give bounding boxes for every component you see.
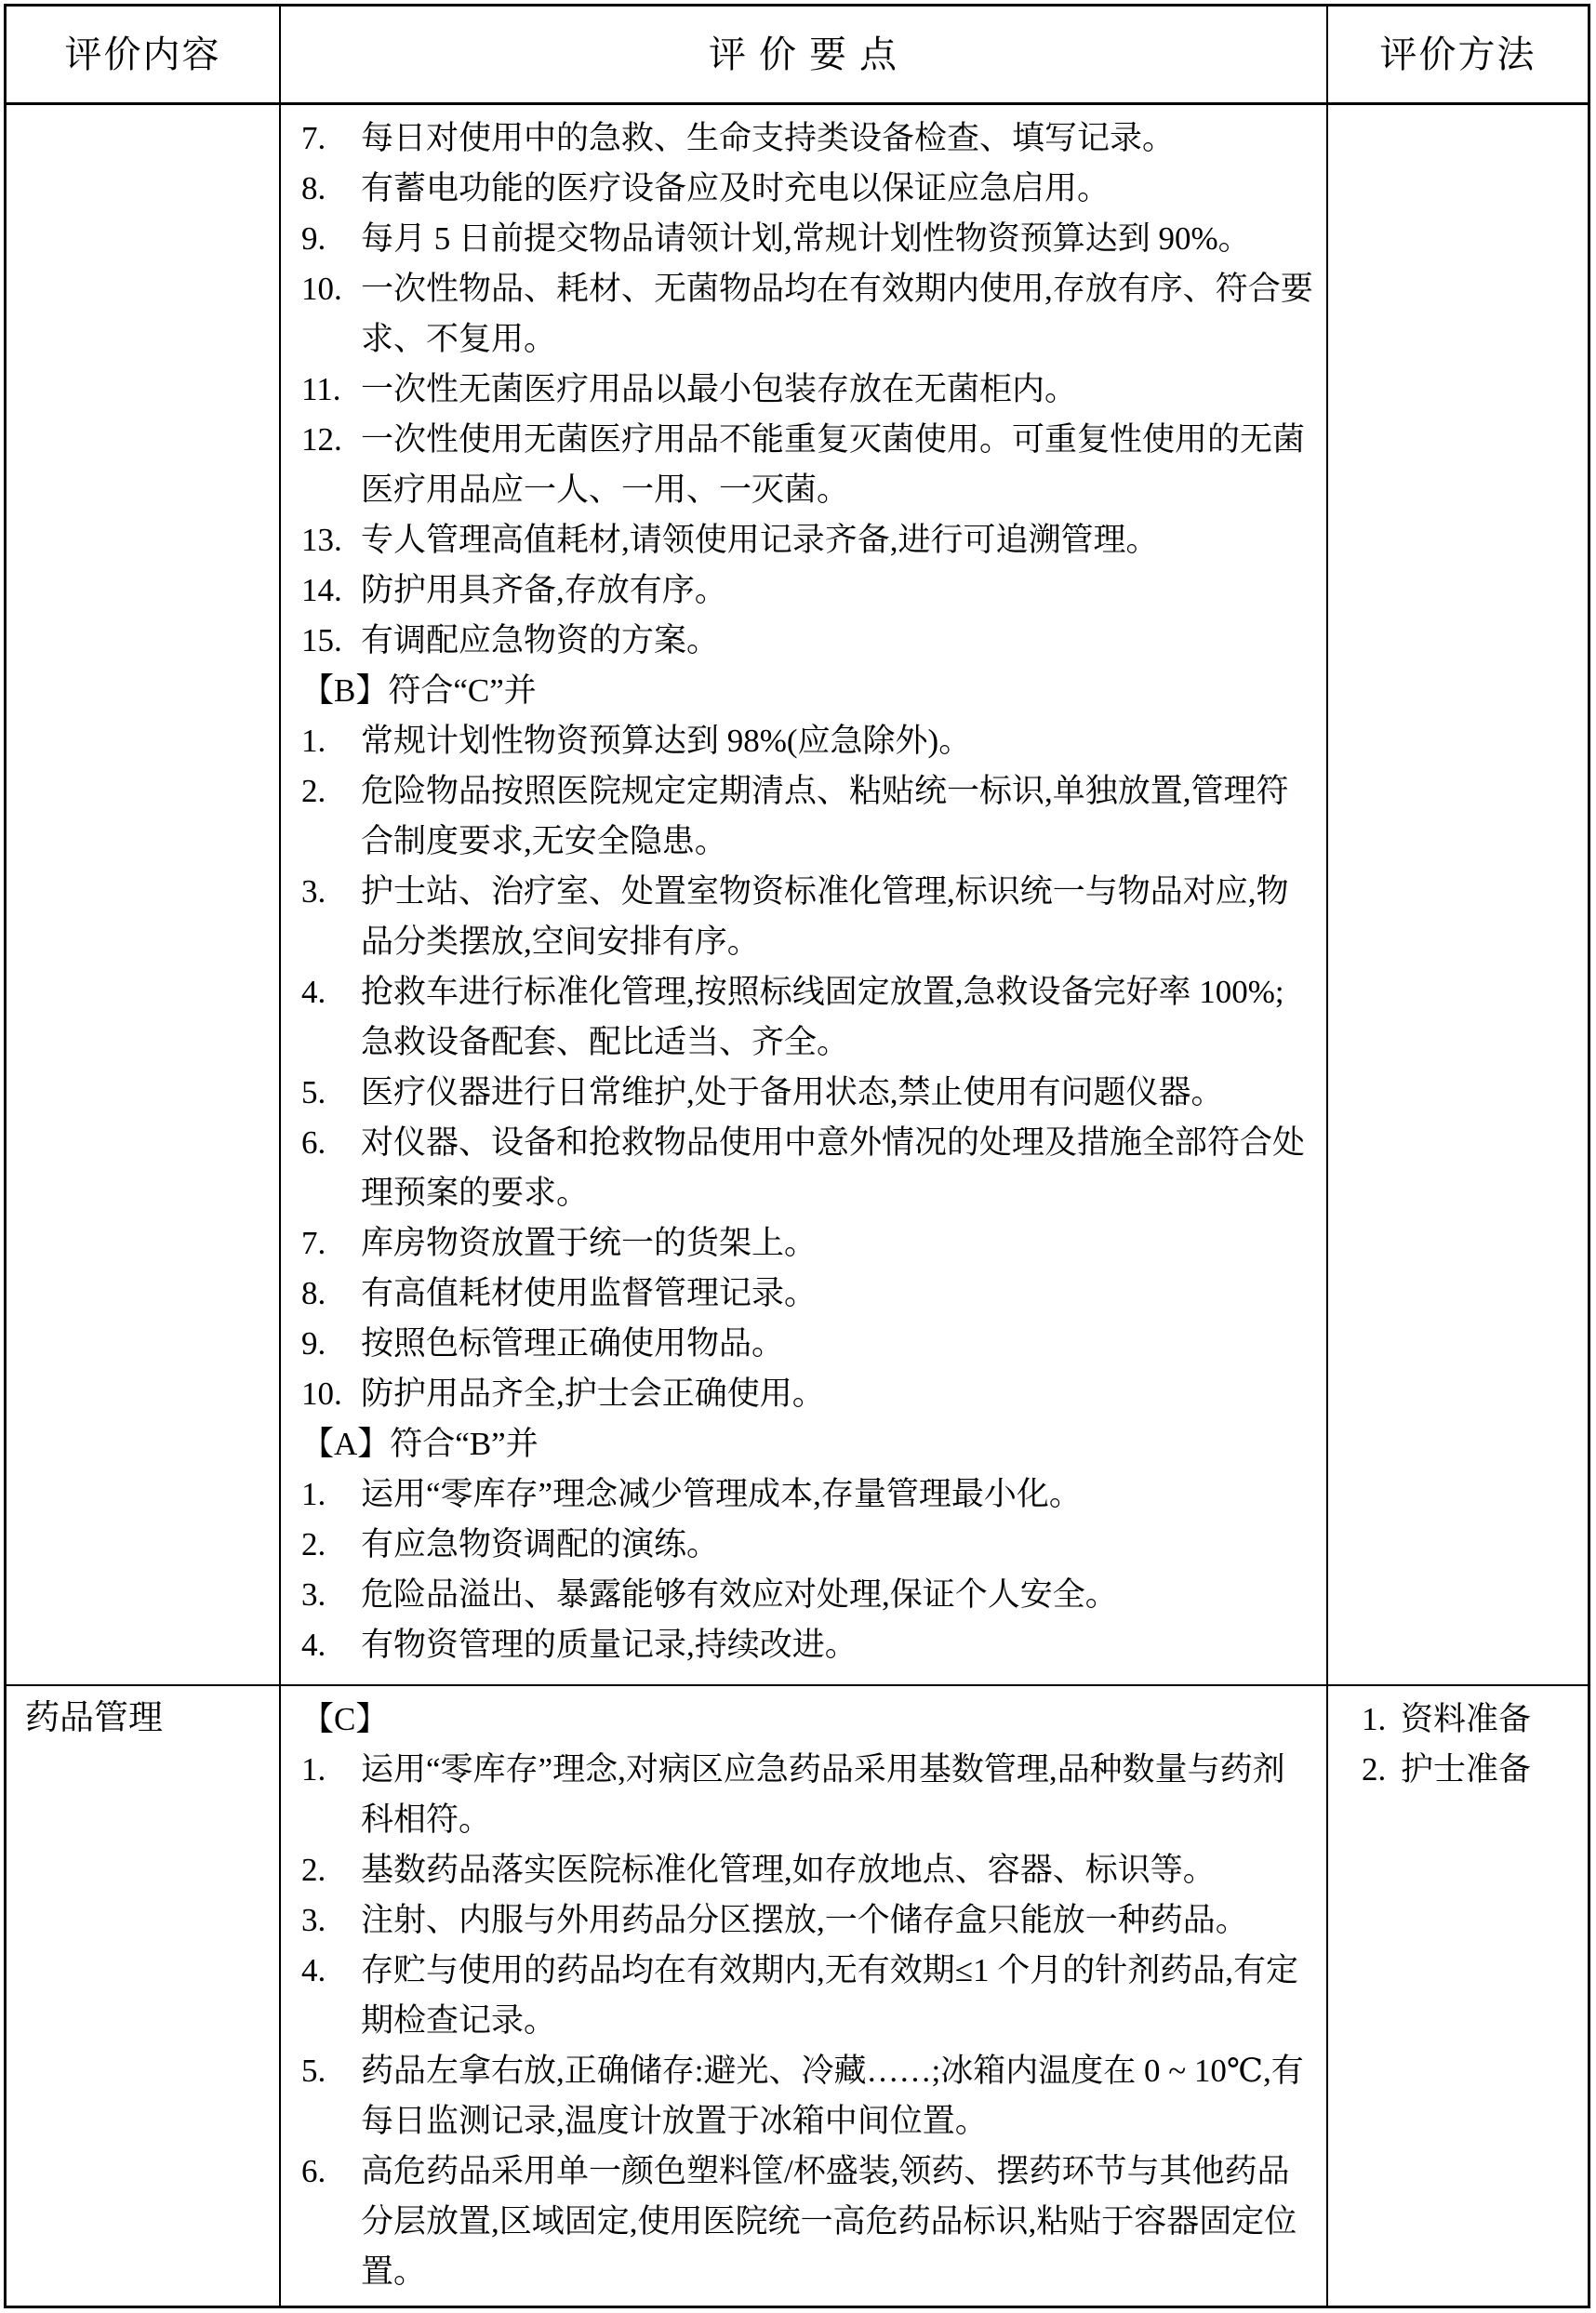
list-item: 【A】符合“B”并 [301, 1419, 1315, 1469]
list-item: 4.有物资管理的质量记录,持续改进。 [301, 1620, 1315, 1670]
item-marker: 3. [301, 867, 361, 917]
item-marker: 1. [301, 716, 361, 766]
row1-points-cell: 7.每日对使用中的急救、生命支持类设备检查、填写记录。8.有蓄电功能的医疗设备应… [281, 105, 1328, 1686]
item-text: 运用“零库存”理念减少管理成本,存量管理最小化。 [361, 1476, 1082, 1512]
item-marker: 6. [301, 1118, 361, 1168]
item-text: 一次性物品、耗材、无菌物品均在有效期内使用,存放有序、符合要求、不复用。 [361, 271, 1313, 357]
item-marker: 【A】 [301, 1419, 390, 1469]
list-item: 12.一次性使用无菌医疗用品不能重复灭菌使用。可重复性使用的无菌医疗用品应一人、… [301, 415, 1315, 515]
item-marker: 3. [301, 1570, 361, 1620]
item-text: 每日对使用中的急救、生命支持类设备检查、填写记录。 [361, 120, 1175, 156]
item-marker: 12. [301, 415, 361, 465]
list-item: 13.专人管理高值耗材,请领使用记录齐备,进行可追溯管理。 [301, 515, 1315, 565]
item-text: 专人管理高值耗材,请领使用记录齐备,进行可追溯管理。 [361, 522, 1159, 558]
list-item: 1.运用“零库存”理念减少管理成本,存量管理最小化。 [301, 1469, 1315, 1520]
list-item: 2.护士准备 [1362, 1745, 1582, 1795]
list-item: 6.高危药品采用单一颜色塑料筐/杯盛装,领药、摆药环节与其他药品分层放置,区域固… [301, 2147, 1315, 2297]
list-item: 【C】 [301, 1695, 1315, 1745]
item-marker: 8. [301, 1269, 361, 1319]
item-marker: 1. [301, 1745, 361, 1795]
item-marker: 11. [301, 365, 361, 415]
list-item: 11.一次性无菌医疗用品以最小包装存放在无菌柜内。 [301, 365, 1315, 415]
header-eval-method: 评价方法 [1328, 7, 1588, 105]
document-page: 评价内容 评 价 要 点 评价方法 7.每日对使用中的急救、生命支持类设备检查、… [0, 0, 1596, 2313]
item-text: 有应急物资调配的演练。 [361, 1526, 719, 1562]
item-text: 医疗仪器进行日常维护,处于备用状态,禁止使用有问题仪器。 [361, 1074, 1224, 1110]
item-marker: 2. [301, 1520, 361, 1570]
item-text: 有调配应急物资的方案。 [361, 622, 719, 658]
item-text: 防护用具齐备,存放有序。 [361, 572, 727, 608]
item-marker: 10. [301, 264, 361, 314]
row1-content-cell [7, 105, 281, 1686]
item-marker: 4. [301, 1946, 361, 1996]
item-marker: 【B】 [301, 666, 388, 716]
item-marker: 8. [301, 164, 361, 214]
list-item: 2.有应急物资调配的演练。 [301, 1520, 1315, 1570]
item-text: 有高值耗材使用监督管理记录。 [361, 1275, 817, 1311]
list-item: 3.注射、内服与外用药品分区摆放,一个储存盒只能放一种药品。 [301, 1895, 1315, 1946]
item-text: 高危药品采用单一颜色塑料筐/杯盛装,领药、摆药环节与其他药品分层放置,区域固定,… [361, 2153, 1297, 2290]
evaluation-table: 评价内容 评 价 要 点 评价方法 7.每日对使用中的急救、生命支持类设备检查、… [4, 4, 1590, 2308]
item-text: 符合“B”并 [390, 1426, 538, 1462]
item-text: 符合“C”并 [388, 672, 536, 709]
list-item: 9.按照色标管理正确使用物品。 [301, 1319, 1315, 1369]
item-marker: 2. [1362, 1745, 1401, 1795]
item-text: 库房物资放置于统一的货架上。 [361, 1225, 817, 1261]
list-item: 10.防护用品齐全,护士会正确使用。 [301, 1369, 1315, 1419]
item-text: 存贮与使用的药品均在有效期内,无有效期≤1 个月的针剂药品,有定期检查记录。 [361, 1952, 1298, 2039]
item-marker: 14. [301, 565, 361, 616]
list-item: 1.运用“零库存”理念,对病区应急药品采用基数管理,品种数量与药剂科相符。 [301, 1745, 1315, 1845]
list-item: 4.抢救车进行标准化管理,按照标线固定放置,急救设备完好率 100%;急救设备配… [301, 967, 1315, 1068]
item-text: 常规计划性物资预算达到 98%(应急除外)。 [361, 723, 971, 759]
item-marker: 6. [301, 2147, 361, 2197]
list-item: 3.危险品溢出、暴露能够有效应对处理,保证个人安全。 [301, 1570, 1315, 1620]
item-text: 按照色标管理正确使用物品。 [361, 1325, 784, 1362]
list-item: 1.资料准备 [1362, 1695, 1582, 1745]
list-item: 5.医疗仪器进行日常维护,处于备用状态,禁止使用有问题仪器。 [301, 1068, 1315, 1118]
item-marker: 9. [301, 1319, 361, 1369]
item-text: 一次性使用无菌医疗用品不能重复灭菌使用。可重复性使用的无菌医疗用品应一人、一用、… [361, 421, 1305, 508]
item-marker: 【C】 [301, 1695, 388, 1745]
list-item: 2.基数药品落实医院标准化管理,如存放地点、容器、标识等。 [301, 1845, 1315, 1895]
item-marker: 13. [301, 515, 361, 565]
list-item: 7.库房物资放置于统一的货架上。 [301, 1218, 1315, 1269]
list-item: 2.危险物品按照医院规定定期清点、粘贴统一标识,单独放置,管理符合制度要求,无安… [301, 766, 1315, 867]
item-text: 注射、内服与外用药品分区摆放,一个储存盒只能放一种药品。 [361, 1902, 1248, 1938]
list-item: 9.每月 5 日前提交物品请领计划,常规计划性物资预算达到 90%。 [301, 214, 1315, 264]
item-marker: 7. [301, 1218, 361, 1269]
row1-methods-cell [1328, 105, 1588, 1686]
item-marker: 2. [301, 766, 361, 817]
item-text: 护士准备 [1401, 1751, 1531, 1788]
item-marker: 10. [301, 1369, 361, 1419]
list-item: 8.有蓄电功能的医疗设备应及时充电以保证应急启用。 [301, 164, 1315, 214]
item-text: 防护用品齐全,护士会正确使用。 [361, 1376, 825, 1412]
list-item: 10.一次性物品、耗材、无菌物品均在有效期内使用,存放有序、符合要求、不复用。 [301, 264, 1315, 365]
list-item: 3.护士站、治疗室、处置室物资标准化管理,标识统一与物品对应,物品分类摆放,空间… [301, 867, 1315, 967]
row2-points-cell: 【C】1.运用“零库存”理念,对病区应急药品采用基数管理,品种数量与药剂科相符。… [281, 1686, 1328, 2306]
item-marker: 5. [301, 2046, 361, 2096]
item-marker: 3. [301, 1895, 361, 1946]
item-marker: 1. [1362, 1695, 1401, 1745]
item-marker: 5. [301, 1068, 361, 1118]
item-marker: 15. [301, 616, 361, 666]
item-text: 资料准备 [1401, 1701, 1531, 1737]
item-text: 危险品溢出、暴露能够有效应对处理,保证个人安全。 [361, 1576, 1118, 1613]
list-item: 7.每日对使用中的急救、生命支持类设备检查、填写记录。 [301, 113, 1315, 164]
list-item: 1.常规计划性物资预算达到 98%(应急除外)。 [301, 716, 1315, 766]
item-marker: 7. [301, 113, 361, 164]
item-text: 有物资管理的质量记录,持续改进。 [361, 1627, 858, 1663]
row2-methods-cell: 1.资料准备2.护士准备 [1328, 1686, 1588, 2306]
item-text: 每月 5 日前提交物品请领计划,常规计划性物资预算达到 90%。 [361, 220, 1251, 257]
item-text: 药品左拿右放,正确储存:避光、冷藏……;冰箱内温度在 0 ~ 10℃,有每日监测… [361, 2053, 1304, 2139]
item-text: 护士站、治疗室、处置室物资标准化管理,标识统一与物品对应,物品分类摆放,空间安排… [361, 873, 1289, 960]
list-item: 15.有调配应急物资的方案。 [301, 616, 1315, 666]
list-item: 8.有高值耗材使用监督管理记录。 [301, 1269, 1315, 1319]
list-item: 【B】符合“C”并 [301, 666, 1315, 716]
list-item: 6.对仪器、设备和抢救物品使用中意外情况的处理及措施全部符合处理预案的要求。 [301, 1118, 1315, 1218]
list-item: 14.防护用具齐备,存放有序。 [301, 565, 1315, 616]
item-text: 抢救车进行标准化管理,按照标线固定放置,急救设备完好率 100%;急救设备配套、… [361, 974, 1284, 1060]
row2-content-label: 药品管理 [25, 1699, 163, 1737]
list-item: 5.药品左拿右放,正确储存:避光、冷藏……;冰箱内温度在 0 ~ 10℃,有每日… [301, 2046, 1315, 2147]
header-eval-points: 评 价 要 点 [281, 7, 1328, 105]
item-marker: 4. [301, 967, 361, 1017]
item-text: 有蓄电功能的医疗设备应及时充电以保证应急启用。 [361, 170, 1110, 206]
item-text: 基数药品落实医院标准化管理,如存放地点、容器、标识等。 [361, 1852, 1216, 1888]
item-text: 对仪器、设备和抢救物品使用中意外情况的处理及措施全部符合处理预案的要求。 [361, 1124, 1305, 1211]
item-text: 危险物品按照医院规定定期清点、粘贴统一标识,单独放置,管理符合制度要求,无安全隐… [361, 773, 1289, 859]
item-marker: 9. [301, 214, 361, 264]
item-text: 一次性无菌医疗用品以最小包装存放在无菌柜内。 [361, 371, 1077, 407]
header-eval-content: 评价内容 [7, 7, 281, 105]
item-marker: 4. [301, 1620, 361, 1670]
row2-content-cell: 药品管理 [7, 1686, 281, 2306]
item-text: 运用“零库存”理念,对病区应急药品采用基数管理,品种数量与药剂科相符。 [361, 1751, 1285, 1838]
item-marker: 2. [301, 1845, 361, 1895]
item-marker: 1. [301, 1469, 361, 1520]
list-item: 4.存贮与使用的药品均在有效期内,无有效期≤1 个月的针剂药品,有定期检查记录。 [301, 1946, 1315, 2046]
